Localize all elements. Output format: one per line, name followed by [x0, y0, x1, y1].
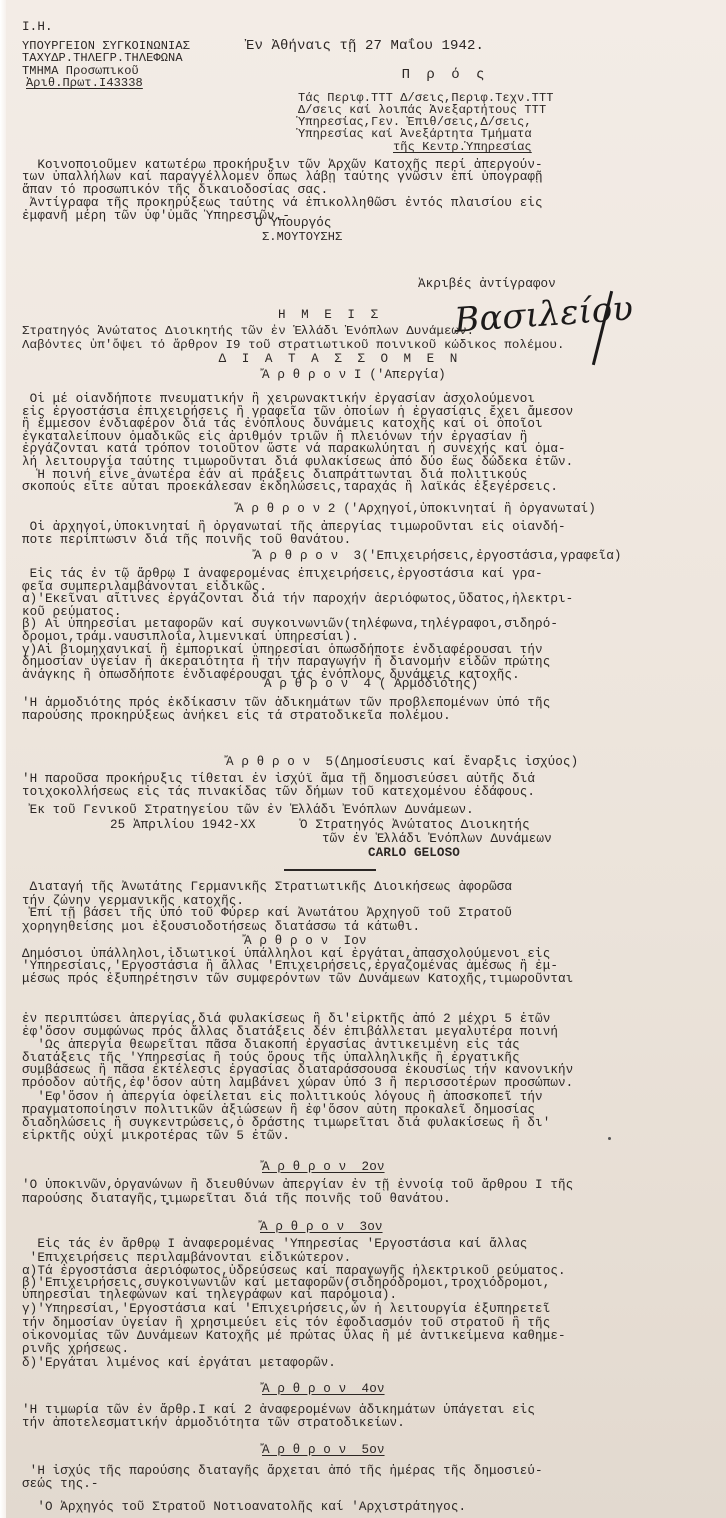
german-article-line: γ)'Υπηρεσίαι,'Εργοστάσια καί 'Επιχειρήσε… [22, 1302, 550, 1317]
proclamation-article-title: Ἄ ρ θ ρ ο ν 4 ( Ἁρμοδιότης) [264, 677, 478, 692]
proclamation-article-line: σκοπούς εἴτε αὗται προεκάλεσαν ἐκδηλώσει… [22, 480, 558, 495]
german-article-line: Εἰς τάς ἐν ἄρθρῳ Ι ἀναφερομένας 'Υπηρεσί… [22, 1237, 527, 1252]
german-article-line: σεώς της.- [22, 1477, 99, 1492]
german-article-line: πρόοδον αὐτῆς,ἐφ'ὅσον αὐτη λαμβάνει χώρα… [22, 1076, 573, 1091]
issued-at: Ἐκ τοῦ Γενικοῦ Στρατηγείου τῶν ἐν Ἑλλάδι… [22, 803, 474, 818]
scanned-document-page: Ι.Η. ΥΠΟΥΡΓΕΙΟΝ ΣΥΓΚΟΙΝΩΝΙΑΣ ΤΑΧΥΔΡ.ΤΗΛΕ… [0, 0, 726, 1518]
cover-letter-line: ἐμφανῆ μέρη τῶν ὑφ'ὑμᾶς Ὑπηρεσιῶν.- [22, 209, 290, 224]
german-article-title: Ἄ ρ θ ρ ο ν 4ον [262, 1382, 385, 1397]
german-article-line: ὑπηρεσίαι τηλεφώνων καί τηλεγράφων καί π… [22, 1288, 397, 1303]
proclamation-article-title: Ἄ ρ θ ρ ο ν 3('Επιχειρήσεις,ἐργοστάσια,γ… [254, 549, 622, 564]
german-article-title: Ἄ ρ θ ρ ο ν 2ον [262, 1160, 385, 1175]
german-intro-line: Ἐπί τῇ βάσει τῆς ὑπό τοῦ Φύρερ καί Ἀνωτά… [22, 906, 512, 921]
separator-rule [284, 869, 376, 871]
reference-initials: Ι.Η. [22, 20, 53, 35]
page-left-edge [0, 0, 6, 1518]
protocol-number: Ἀριθ.Πρωτ.Ι43338 [26, 76, 143, 91]
minister-title: Ὁ Ὑπουργός [255, 216, 332, 231]
ink-speck [166, 1202, 169, 1205]
proclamation-article-title: Ἄ ρ θ ρ ο ν 5(Δημοσίευσις καί ἔναρξις ἰσ… [226, 755, 578, 770]
ink-speck [608, 1137, 611, 1140]
proclamation-article-title: Ἄ ρ θ ρ ο ν 2 ('Αρχηγοί,ὑποκινηταί ἢ ὀργ… [236, 502, 596, 517]
german-intro-line: χορηγηθείσης μοι ἐξουσιοδοτήσεως διατάσσ… [22, 920, 420, 935]
general-name: CARLO GELOSO [368, 846, 460, 861]
proclamation-heading: Η Μ Ε Ι Σ [180, 308, 480, 323]
to-heading: Π ρ ό ς [330, 68, 560, 83]
german-article-line: τήν ἀποτελεσματικήν ἁρμοδιότητα τῶν στρα… [22, 1416, 405, 1431]
decree-word: Δ Ι Α Τ Α Σ Σ Ο Μ Ε Ν [170, 352, 510, 367]
proclamation-article-line: ποτε περίπτωσιν διά τῆς ποινῆς τοῦ θανάτ… [22, 533, 351, 548]
place-and-date: Ἐν Ἀθήναις τῇ 27 Μαΐου 1942. [246, 39, 484, 54]
german-closing-line: 'Ο Ἀρχηγός τοῦ Στρατοῦ Νοτιοανατολῆς καί… [22, 1500, 466, 1515]
recipient-line-5: τῆς Κεντρ.Ὑπηρεσίας [393, 140, 532, 155]
proclamation-intro-1: Στρατηγός Ἀνώτατος Διοικητής τῶν ἐν Ἑλλά… [22, 324, 474, 339]
german-article-line: 'Ο ὑποκινῶν,ὀργανώνων ἢ διευθύνων ἀπεργί… [22, 1178, 573, 1193]
certified-copy-label: Ἀκριβές ἀντίγραφον [418, 277, 556, 292]
german-article-line: εἱρκτῆς οὐχί μικροτέρας τῶν 5 ἐτῶν. [22, 1129, 290, 1144]
german-article-line: δ)'Εργάται λιμένος καί ἐργάται μεταφορῶν… [22, 1356, 336, 1371]
german-article-line: μέσως πρός ἐξυπηρέτησιν τῶν συμφερόντων … [22, 972, 573, 987]
german-article-title: Ἄ ρ θ ρ ο ν 3ον [260, 1220, 383, 1235]
german-intro-line: Διαταγή τῆς Ἀνωτάτης Γερμανικῆς Στρατιωτ… [22, 880, 512, 895]
minister-name: Σ.ΜΟΥΤΟΥΣΗΣ [262, 230, 342, 245]
general-title-2: τῶν ἐν Ἑλλάδι Ἐνόπλων Δυνάμεων [322, 832, 552, 847]
proclamation-article-line: τοιχοκολλήσεως εἰς τάς πινακίδας τῶν δήμ… [22, 785, 535, 800]
german-article-line: παρούσης διαταγῆς,τιμωρεῖται διά τῆς ποι… [22, 1192, 451, 1207]
german-article-title: Ἄ ρ θ ρ ο ν 5ον [262, 1443, 385, 1458]
german-article-line: ρινῆς χρήσεως. [22, 1342, 129, 1357]
general-title-1: Ὁ Στρατηγός Ἀνώτατος Διοικητής [300, 818, 530, 833]
german-article-line: 'Η ἰσχύς τῆς παρούσης διαταγῆς ἄρχεται ἀ… [22, 1464, 543, 1479]
proclamation-date: 25 Ἀπριλίου 1942-ΧΧ [110, 818, 256, 833]
proclamation-intro-2: Λαβόντες ὑπ'ὄψει τό ἄρθρον Ι9 τοῦ στρατι… [22, 338, 565, 353]
proclamation-article-title: Ἄ ρ θ ρ ο ν Ι ('Απεργία) [262, 368, 446, 383]
proclamation-article-line: παρούσης προκηρύξεως ἀνήκει εἰς τά στρατ… [22, 709, 451, 724]
